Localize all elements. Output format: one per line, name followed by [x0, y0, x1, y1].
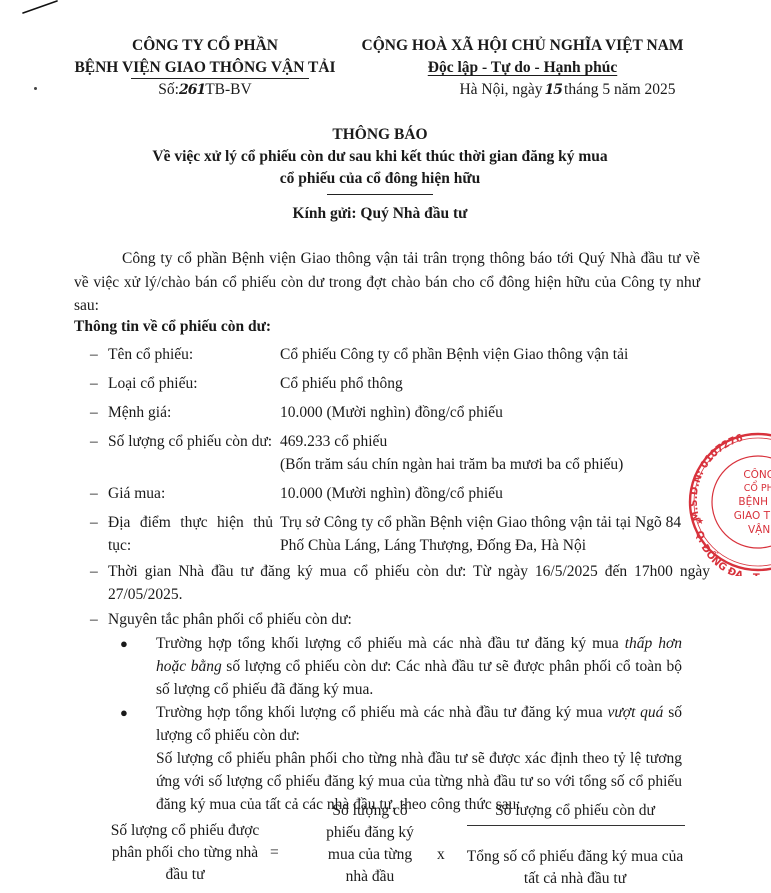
dash-icon: –	[90, 343, 104, 366]
bullet-text-before: Trường hợp tổng khối lượng cổ phiếu mà c…	[156, 635, 625, 652]
company-line2: BỆNH VIỆN GIAO THÔNG VẬN TẢI	[74, 59, 335, 76]
info-value: Trụ sở Công ty cổ phần Bệnh viện Giao th…	[280, 511, 700, 557]
company-header: CÔNG TY CỔ PHẦN BỆNH VIỆN GIAO THÔNG VẬN…	[40, 35, 370, 101]
company-underline	[131, 78, 309, 79]
section-title: Thông tin về cổ phiếu còn dư:	[74, 318, 271, 336]
info-value: 10.000 (Mười nghìn) đồng/cổ phiếu	[280, 401, 700, 424]
bullet-item-1: ● Trường hợp tổng khối lượng cổ phiếu mà…	[120, 632, 682, 701]
info-label: Số lượng cổ phiếu còn dư:	[108, 430, 273, 453]
title-rule	[327, 194, 433, 195]
info-label: Giá mua:	[108, 482, 273, 505]
bullet-text: Trường hợp tổng khối lượng cổ phiếu mà c…	[156, 632, 682, 701]
dash-icon: –	[90, 511, 104, 534]
notice-heading: THÔNG BÁO	[60, 124, 700, 146]
pen-stroke-mark	[22, 0, 58, 14]
distribution-title: Nguyên tắc phân phối cổ phiếu còn dư:	[108, 608, 710, 631]
registration-time-text: Thời gian Nhà đầu tư đăng ký mua cổ phiế…	[108, 560, 710, 606]
info-label: Mệnh giá:	[108, 401, 273, 424]
info-value: Cổ phiếu Công ty cổ phần Bệnh viện Giao …	[280, 343, 700, 366]
bullet-icon: ●	[120, 701, 128, 724]
national-motto: Độc lập - Tự do - Hạnh phúc	[350, 57, 695, 79]
bullet-icon: ●	[120, 632, 128, 655]
intro-paragraph: Công ty cổ phần Bệnh viện Giao thông vận…	[74, 247, 700, 318]
stamp-line: BỆNH VI	[738, 495, 771, 508]
formula-lhs: Số lượng cổ phiếu được phân phối cho từn…	[110, 820, 260, 886]
notice-title-block: THÔNG BÁO Về việc xử lý cổ phiếu còn dư …	[60, 124, 700, 195]
formula-times: x	[437, 844, 445, 866]
info-label: Loại cổ phiếu:	[108, 372, 273, 395]
date-prefix: Hà Nội, ngày	[459, 81, 542, 98]
stamp-star-icon: ★	[696, 516, 704, 526]
stamp-line: CÔNG T	[743, 468, 771, 481]
formula-middle: Số lượng cổ phiếu đăng ký mua của từng n…	[315, 800, 425, 888]
info-value: 10.000 (Mười nghìn) đồng/cổ phiếu	[280, 482, 700, 505]
notice-subtitle-line1: Về việc xử lý cổ phiếu còn dư sau khi kế…	[60, 146, 700, 168]
formula-denominator: Tổng số cổ phiếu đăng ký mua của tất cả …	[460, 846, 690, 890]
doc-number-suffix: TB-BV	[205, 81, 252, 98]
date-suffix: tháng 5 năm 2025	[564, 81, 676, 98]
intro-text: Công ty cổ phần Bệnh viện Giao thông vận…	[74, 250, 700, 314]
company-seal-stamp: M.S.D.N: 0107276 Q. ĐỐNG ĐA - T ★ CÔNG T…	[682, 428, 771, 576]
dash-icon: –	[90, 482, 104, 505]
company-line1: CÔNG TY CỔ PHẦN	[40, 35, 370, 57]
date-line: Hà Nội, ngày15tháng 5 năm 2025	[350, 79, 695, 101]
stamp-line: CỔ PHẦ	[744, 481, 771, 494]
formula-numerator: Số lượng cổ phiếu còn dư	[460, 800, 690, 822]
bullet-text: Trường hợp tổng khối lượng cổ phiếu mà c…	[156, 701, 682, 747]
stamp-line: VẬN T	[748, 523, 771, 536]
fraction-bar	[467, 825, 685, 826]
allocation-formula: Số lượng cổ phiếu được phân phối cho từn…	[110, 800, 710, 893]
dash-icon: –	[90, 430, 104, 453]
stray-dot	[34, 87, 37, 90]
info-label: Tên cổ phiếu:	[108, 343, 273, 366]
doc-number-prefix: Số:	[158, 81, 179, 98]
national-header: CỘNG HOÀ XÃ HỘI CHỦ NGHĨA VIỆT NAM Độc l…	[350, 35, 695, 101]
quantity-value-words: (Bốn trăm sáu chín ngàn hai trăm ba mươi…	[280, 456, 623, 473]
nation-title: CỘNG HOÀ XÃ HỘI CHỦ NGHĨA VIỆT NAM	[350, 35, 695, 57]
bullet-item-2: ● Trường hợp tổng khối lượng cổ phiếu mà…	[120, 701, 682, 816]
bullet-text-italic: vượt quá	[607, 704, 663, 721]
stamp-tax-code: M.S.D.N: 0107276	[689, 433, 745, 522]
stamp-line: GIAO THÔ	[734, 509, 771, 522]
quantity-value: 469.233 cổ phiếu	[280, 433, 387, 450]
greeting: Kính gửi: Quý Nhà đầu tư	[60, 205, 700, 223]
dash-icon: –	[90, 608, 98, 631]
bullet-text-after: số lượng cổ phiếu còn dư: Các nhà đầu tư…	[156, 658, 682, 698]
company-line2-wrap: BỆNH VIỆN GIAO THÔNG VẬN TẢI	[40, 57, 370, 79]
dash-icon: –	[90, 560, 98, 583]
svg-text:M.S.D.N: 0107276: M.S.D.N: 0107276	[689, 433, 745, 522]
distribution-title-row: – Nguyên tắc phân phối cổ phiếu còn dư:	[90, 608, 710, 631]
doc-number: Số:261TB-BV	[40, 79, 370, 101]
dash-icon: –	[90, 401, 104, 424]
dash-icon: –	[90, 372, 104, 395]
doc-number-handwritten: 261	[179, 82, 205, 98]
info-label: Địa điểm thực hiện thủ tục:	[108, 511, 273, 557]
bullet-text-before: Trường hợp tổng khối lượng cổ phiếu mà c…	[156, 704, 607, 721]
registration-time: – Thời gian Nhà đầu tư đăng ký mua cổ ph…	[90, 560, 710, 606]
info-value: 469.233 cổ phiếu (Bốn trăm sáu chín ngàn…	[280, 430, 700, 476]
info-value: Cổ phiếu phổ thông	[280, 372, 700, 395]
formula-equals: =	[270, 842, 279, 864]
notice-subtitle-line2: cổ phiếu của cổ đông hiện hữu	[60, 168, 700, 190]
date-day-handwritten: 15	[545, 82, 562, 98]
